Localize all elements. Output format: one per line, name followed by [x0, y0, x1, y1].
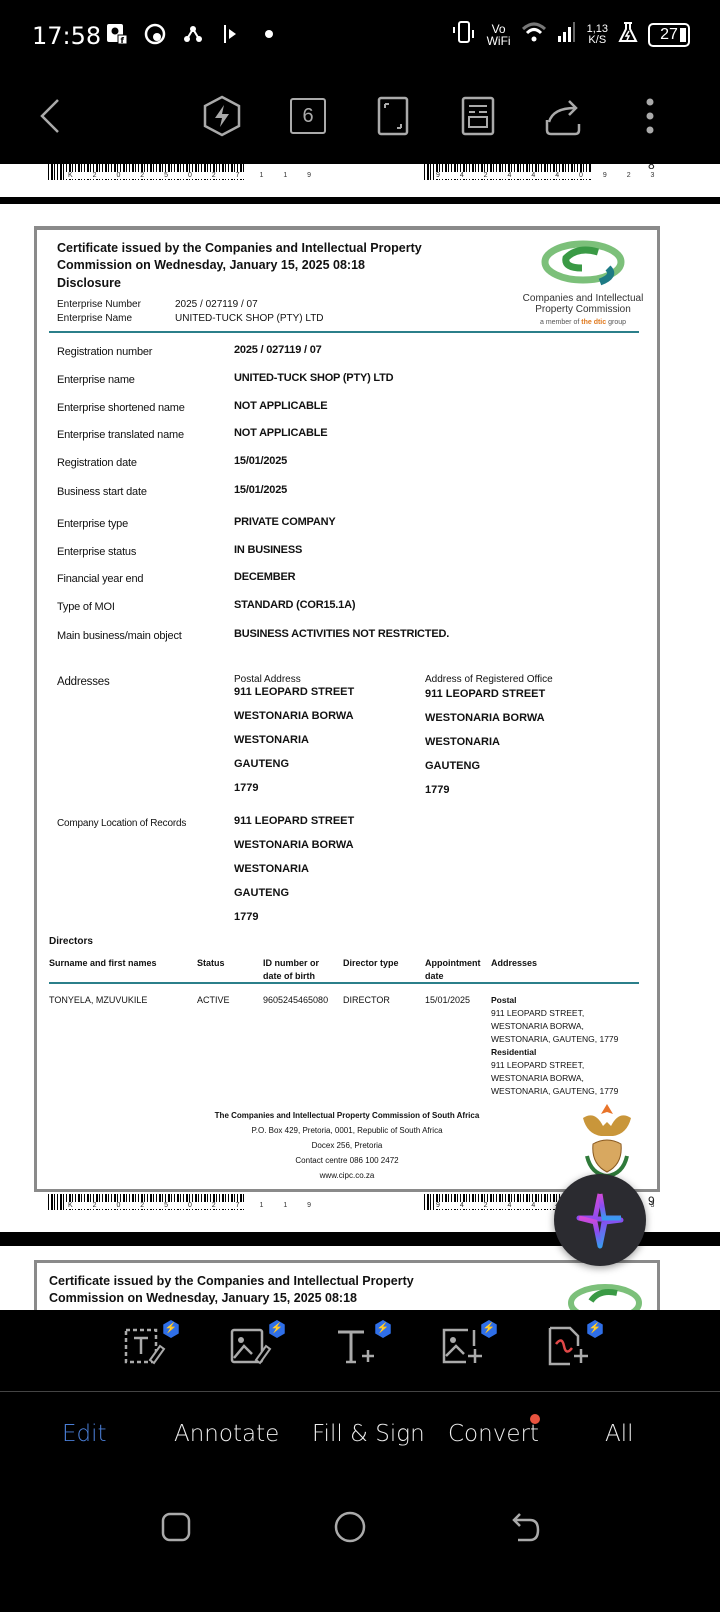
lab-flask-icon — [618, 21, 638, 48]
back-button[interactable] — [28, 94, 72, 138]
recents-button[interactable] — [154, 1505, 198, 1549]
more-icon — [645, 96, 655, 136]
registered-address-heading: Address of Registered Office — [425, 674, 553, 685]
edit-tools-bar: ⚡ ⚡ ⚡ ⚡ ⚡ — [0, 1310, 720, 1392]
field-value: PRIVATE COMPANY — [234, 516, 336, 528]
address-line: WESTONARIA — [234, 863, 309, 875]
back-nav-button[interactable] — [504, 1505, 548, 1549]
notification-icons: f — [105, 22, 281, 46]
field-value: 2025 / 027119 / 07 — [234, 344, 322, 356]
field-label: Enterprise type — [57, 518, 128, 530]
tab-all[interactable]: All — [605, 1421, 634, 1447]
header-enterprise-name: Enterprise Name UNITED-TUCK SHOP (PTY) L… — [57, 313, 132, 324]
column-status: Status — [197, 957, 225, 970]
more-notifications-dot — [257, 22, 281, 46]
status-bar: 17:58 f VoWiFi 1,13K/S 27 — [0, 0, 720, 72]
field-label: Business start date — [57, 486, 147, 498]
ai-assistant-button[interactable] — [554, 1174, 646, 1266]
tab-convert[interactable]: Convert — [448, 1421, 539, 1447]
cipc-logo: Companies and Intellectual Property Comm… — [517, 238, 649, 330]
home-icon — [333, 1510, 367, 1544]
field-label: Enterprise name — [57, 374, 135, 386]
field-value: DECEMBER — [234, 571, 295, 583]
next-certificate: Certificate issued by the Companies and … — [34, 1260, 660, 1310]
add-image-tool[interactable]: ⚡ — [440, 1324, 484, 1368]
certificate: Certificate issued by the Companies and … — [34, 226, 660, 1192]
column-appointment: Appointment date — [425, 957, 485, 983]
address-line: 911 LEOPARD STREET — [425, 688, 545, 700]
edit-text-tool[interactable]: ⚡ — [122, 1324, 166, 1368]
column-name: Surname and first names — [49, 957, 157, 970]
vowifi-indicator: VoWiFi — [487, 23, 511, 47]
page-count-button[interactable]: 6 — [286, 94, 330, 138]
address-line: WESTONARIA BORWA — [234, 710, 354, 722]
add-signature-icon — [546, 1324, 590, 1368]
share-icon — [543, 96, 583, 136]
address-line: WESTONARIA — [234, 734, 309, 746]
back-nav-icon — [510, 1510, 542, 1544]
edit-image-tool[interactable]: ⚡ — [228, 1324, 272, 1368]
document-page: Certificate issued by the Companies and … — [0, 204, 720, 1232]
notification-dot — [530, 1414, 540, 1424]
previous-page-bottom: K 2 0 2 5 0 2 7 1 1 9 9 4 2 4 4 4 0 9 2 … — [0, 164, 720, 197]
address-line: GAUTENG — [425, 760, 480, 772]
field-label: Enterprise shortened name — [57, 402, 185, 414]
share-button[interactable] — [541, 94, 585, 138]
director-addresses: Postal 911 LEOPARD STREET, WESTONARIA BO… — [491, 994, 631, 1098]
address-line: WESTONARIA BORWA — [425, 712, 545, 724]
address-line: GAUTENG — [234, 758, 289, 770]
add-image-icon — [440, 1324, 484, 1368]
app-notification-icon — [143, 22, 167, 46]
viewer-toolbar: 6 — [0, 72, 720, 164]
field-value: BUSINESS ACTIVITIES NOT RESTRICTED. — [234, 628, 449, 640]
network-speed: 1,13K/S — [587, 24, 608, 46]
field-label: Enterprise translated name — [57, 429, 184, 441]
wifi-icon — [521, 21, 547, 48]
field-label: Registration number — [57, 346, 152, 358]
battery-indicator: 27 — [648, 23, 690, 47]
address-line: GAUTENG — [234, 887, 289, 899]
status-time: 17:58 — [32, 22, 101, 50]
system-status: VoWiFi 1,13K/S 27 — [451, 20, 690, 49]
records-label: Company Location of Records — [57, 818, 186, 829]
signal-icon — [557, 21, 577, 48]
cipc-swirl-icon — [538, 238, 628, 288]
field-value: 15/01/2025 — [234, 484, 287, 496]
document-viewer[interactable]: K 2 0 2 5 0 2 7 1 1 9 9 4 2 4 4 4 0 9 2 … — [0, 164, 720, 1310]
back-icon — [36, 96, 64, 136]
certificate-title: Certificate issued by the Companies and … — [57, 240, 477, 274]
column-id: ID number or date of birth — [263, 957, 333, 983]
page-number: 8 — [648, 164, 655, 172]
field-value: IN BUSINESS — [234, 544, 302, 556]
contact-facebook-icon: f — [105, 22, 129, 46]
tab-fill-sign[interactable]: Fill & Sign — [312, 1421, 425, 1447]
add-text-tool[interactable]: ⚡ — [334, 1324, 378, 1368]
page-count-icon: 6 — [290, 98, 326, 134]
field-value: STANDARD (COR15.1A) — [234, 599, 355, 611]
tab-annotate[interactable]: Annotate — [174, 1421, 279, 1447]
address-line: 911 LEOPARD STREET — [234, 815, 354, 827]
more-button[interactable] — [628, 94, 672, 138]
field-value: NOT APPLICABLE — [234, 427, 327, 439]
header-enterprise-number: Enterprise Number 2025 / 027119 / 07 — [57, 299, 141, 310]
page-number: 9 — [648, 1194, 655, 1208]
fullscreen-icon — [377, 96, 409, 136]
field-label: Enterprise status — [57, 546, 136, 558]
certificate-footer: The Companies and Intellectual Property … — [37, 1108, 657, 1183]
field-label: Financial year end — [57, 573, 143, 585]
recents-icon — [160, 1511, 192, 1543]
home-button[interactable] — [328, 1505, 372, 1549]
address-line: 1779 — [425, 784, 449, 796]
address-line: WESTONARIA — [425, 736, 500, 748]
reading-mode-icon — [461, 96, 495, 136]
directors-divider — [49, 982, 639, 984]
field-label: Type of MOI — [57, 601, 115, 613]
address-line: 1779 — [234, 782, 258, 794]
ai-boost-icon — [202, 95, 242, 137]
edit-image-icon — [228, 1324, 272, 1368]
coat-of-arms-icon — [577, 1100, 637, 1180]
address-line: 1779 — [234, 911, 258, 923]
field-label: Registration date — [57, 457, 137, 469]
media-app-icon — [219, 22, 243, 46]
system-nav-bar — [0, 1483, 720, 1612]
field-value: NOT APPLICABLE — [234, 400, 327, 412]
directors-title: Directors — [49, 936, 93, 947]
add-text-icon — [334, 1324, 378, 1368]
address-line: 911 LEOPARD STREET — [234, 686, 354, 698]
bottom-tab-bar: Edit Annotate Fill & Sign Convert All — [0, 1393, 720, 1483]
field-value: 15/01/2025 — [234, 455, 287, 467]
postal-address-heading: Postal Address — [234, 674, 301, 685]
header-divider — [49, 331, 639, 333]
column-type: Director type — [343, 957, 399, 970]
cipc-swirl-icon — [565, 1277, 645, 1310]
column-addresses: Addresses — [491, 957, 537, 970]
edit-text-icon — [122, 1324, 166, 1368]
section-heading: Disclosure — [57, 276, 121, 290]
field-value: UNITED-TUCK SHOP (PTY) LTD — [234, 372, 393, 384]
network-app-icon — [181, 22, 205, 46]
vibrate-icon — [451, 20, 477, 49]
addresses-label: Addresses — [57, 676, 110, 688]
svg-text:f: f — [121, 36, 125, 45]
reading-mode-button[interactable] — [456, 94, 500, 138]
ai-boost-button[interactable] — [200, 94, 244, 138]
ai-sparkle-icon — [575, 1190, 625, 1250]
tab-edit[interactable]: Edit — [62, 1421, 107, 1447]
add-signature-tool[interactable]: ⚡ — [546, 1324, 590, 1368]
fullscreen-button[interactable] — [371, 94, 415, 138]
address-line: WESTONARIA BORWA — [234, 839, 354, 851]
field-label: Main business/main object — [57, 630, 182, 642]
